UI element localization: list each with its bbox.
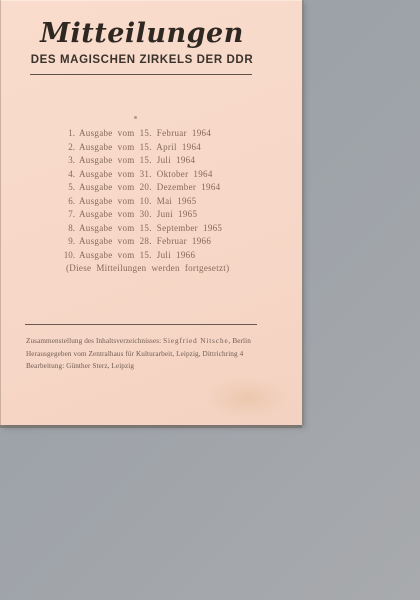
document-page: Mitteilungen DES MAGISCHEN ZIRKELS DER D… — [0, 0, 302, 425]
imprint-line-compiler: Zusammenstellung des Inhaltsverzeichniss… — [26, 335, 292, 348]
issue-number: 1. — [60, 127, 75, 141]
imprint-line-publisher: Herausgegeben vom Zentralhaus für Kultur… — [26, 348, 292, 361]
imprint-compiler-suffix: , Berlin — [229, 337, 251, 345]
issue-text: Ausgabe vom 15. April 1964 — [79, 142, 201, 152]
issue-text: Ausgabe vom 28. Februar 1966 — [79, 236, 211, 246]
page-title: Mitteilungen — [0, 18, 284, 49]
issue-row: 8.Ausgabe vom 15. September 1965 — [60, 222, 290, 236]
issue-list: 1.Ausgabe vom 15. Februar 1964 2.Ausgabe… — [60, 127, 290, 276]
issue-text: Ausgabe vom 15. Juli 1966 — [79, 250, 195, 260]
issue-row: 7.Ausgabe vom 30. Juni 1965 — [60, 208, 290, 222]
issue-text: Ausgabe vom 15. Februar 1964 — [79, 128, 211, 138]
issue-row: 6.Ausgabe vom 10. Mai 1965 — [60, 195, 290, 209]
issue-number: 3. — [60, 154, 75, 168]
issue-text: Ausgabe vom 15. Juli 1964 — [79, 155, 195, 165]
issue-number: 7. — [60, 208, 75, 222]
issue-number: 4. — [60, 168, 75, 182]
issue-row: 9.Ausgabe vom 28. Februar 1966 — [60, 235, 290, 249]
issue-row: 1.Ausgabe vom 15. Februar 1964 — [60, 127, 290, 141]
issue-text: Ausgabe vom 20. Dezember 1964 — [79, 182, 220, 192]
issue-row: 10.Ausgabe vom 15. Juli 1966 — [60, 249, 290, 263]
imprint-line-editor: Bearbeitung: Günther Sterz, Leipzig — [26, 360, 292, 373]
issue-row: 5.Ausgabe vom 20. Dezember 1964 — [60, 181, 290, 195]
issue-number: 2. — [60, 141, 75, 155]
issue-text: Ausgabe vom 30. Juni 1965 — [79, 209, 197, 219]
imprint-compiler-prefix: Zusammenstellung des Inhaltsverzeichniss… — [26, 337, 163, 345]
page-subtitle: DES MAGISCHEN ZIRKELS DER DDR — [0, 54, 284, 66]
paper-speck — [134, 116, 137, 119]
issue-text: Ausgabe vom 31. Oktober 1964 — [79, 169, 213, 179]
issue-text: Ausgabe vom 10. Mai 1965 — [79, 196, 196, 206]
issue-number: 9. — [60, 235, 75, 249]
imprint-compiler-name: Siegfried Nitsche — [163, 337, 228, 345]
issue-number: 8. — [60, 222, 75, 236]
issue-text: Ausgabe vom 15. September 1965 — [79, 223, 222, 233]
scan-background: Mitteilungen DES MAGISCHEN ZIRKELS DER D… — [0, 0, 420, 600]
imprint-rule — [25, 324, 257, 325]
issue-number: 10. — [60, 249, 75, 263]
issue-row: 2.Ausgabe vom 15. April 1964 — [60, 141, 290, 155]
masthead-rule — [30, 74, 252, 75]
imprint: Zusammenstellung des Inhaltsverzeichniss… — [26, 335, 292, 373]
issue-row: 3.Ausgabe vom 15. Juli 1964 — [60, 154, 290, 168]
issue-number: 6. — [60, 195, 75, 209]
issue-number: 5. — [60, 181, 75, 195]
continuation-note: (Diese Mitteilungen werden fortgesetzt) — [60, 262, 290, 276]
issue-row: 4.Ausgabe vom 31. Oktober 1964 — [60, 168, 290, 182]
